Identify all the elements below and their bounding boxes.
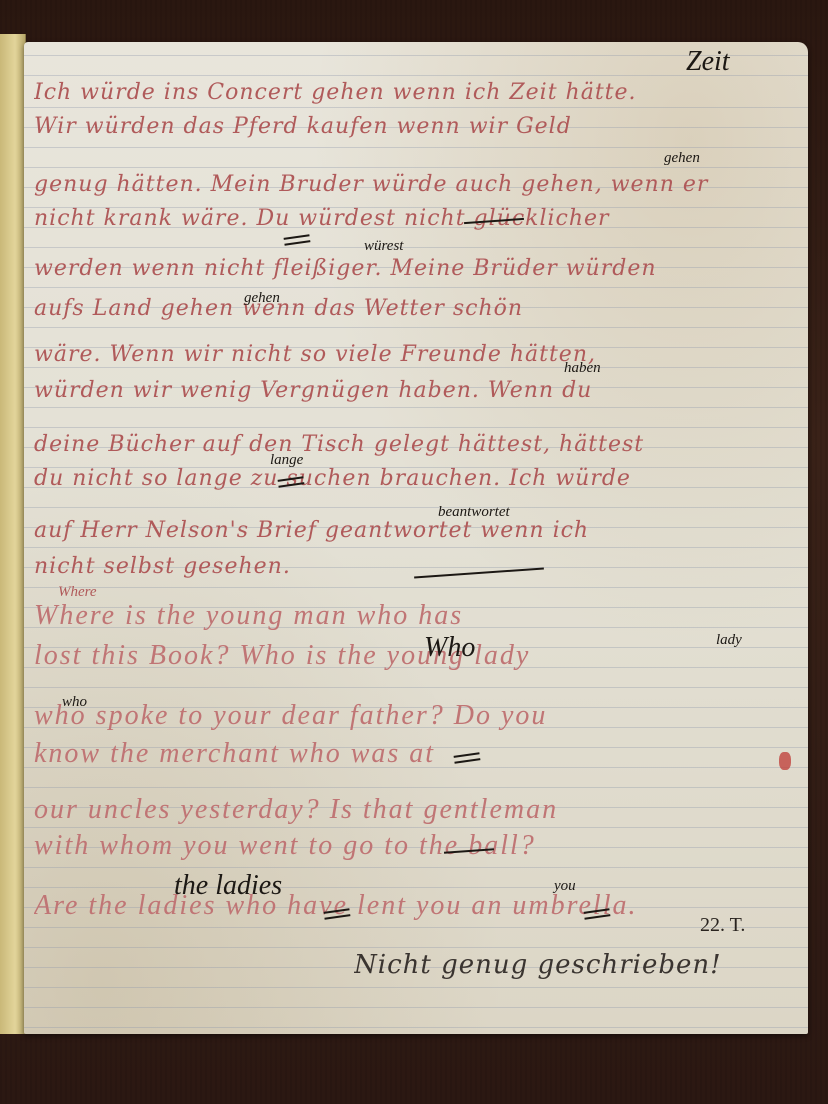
correction-gehen-2: gehen (244, 290, 280, 307)
correction-lange: lange (270, 452, 303, 469)
german-line-10: du nicht so lange zu suchen brauchen. Ic… (34, 466, 800, 491)
correction-lady: lady (716, 632, 742, 649)
english-line-5: our uncles yesterday? Is that gentleman (34, 794, 800, 826)
german-line-8: würden wir wenig Vergnügen haben. Wenn d… (34, 378, 800, 403)
correction-who-2: who (62, 694, 87, 711)
correction-haben: haben (564, 360, 601, 377)
english-line-2: lost this Book? Who is the young lady (34, 640, 800, 672)
english-line-7: Are the ladies who have lent you an umbr… (34, 890, 800, 922)
correction-wuerest: würest (364, 238, 403, 255)
german-line-7: wäre. Wenn wir nicht so viele Freunde hä… (34, 342, 800, 367)
english-line-4: know the merchant who was at (34, 738, 800, 770)
german-line-9: deine Bücher auf den Tisch gelegt hättes… (34, 432, 800, 457)
english-line-3: who spoke to your dear father? Do you (34, 700, 800, 732)
red-ink-blot (779, 752, 791, 770)
notebook-page: Ich würde ins Concert gehen wenn ich Zei… (24, 42, 808, 1034)
correction-the-ladies: the ladies (174, 870, 282, 902)
correction-you: you (554, 878, 576, 895)
german-line-1: Ich würde ins Concert gehen wenn ich Zei… (34, 80, 800, 105)
facing-page-edge (0, 34, 26, 1034)
german-line-4: nicht krank wäre. Du würdest nicht glück… (34, 206, 800, 231)
german-line-12: nicht selbst gesehen. (34, 554, 800, 579)
date-mark: 22. T. (700, 914, 745, 937)
german-line-3: genug hätten. Mein Bruder würde auch geh… (34, 172, 800, 197)
german-line-5: werden wenn nicht fleißiger. Meine Brüde… (34, 256, 800, 281)
correction-who: Who (424, 632, 475, 664)
english-line-1: Where is the young man who has (34, 600, 800, 632)
german-line-11: auf Herr Nelson's Brief geantwortet wenn… (34, 518, 800, 543)
german-line-6: aufs Land gehen wenn das Wetter schön (34, 296, 800, 321)
correction-gehen-1: gehen (664, 150, 700, 167)
teacher-remark: Nicht genug geschrieben! (354, 950, 800, 980)
correction-beantwortet: beantwortet (438, 504, 510, 521)
correction-where: Where (58, 584, 97, 601)
english-line-6: with whom you went to go to the ball? (34, 830, 800, 862)
correction-zeit: Zeit (686, 46, 730, 78)
german-line-2: Wir würden das Pferd kaufen wenn wir Gel… (34, 114, 800, 139)
